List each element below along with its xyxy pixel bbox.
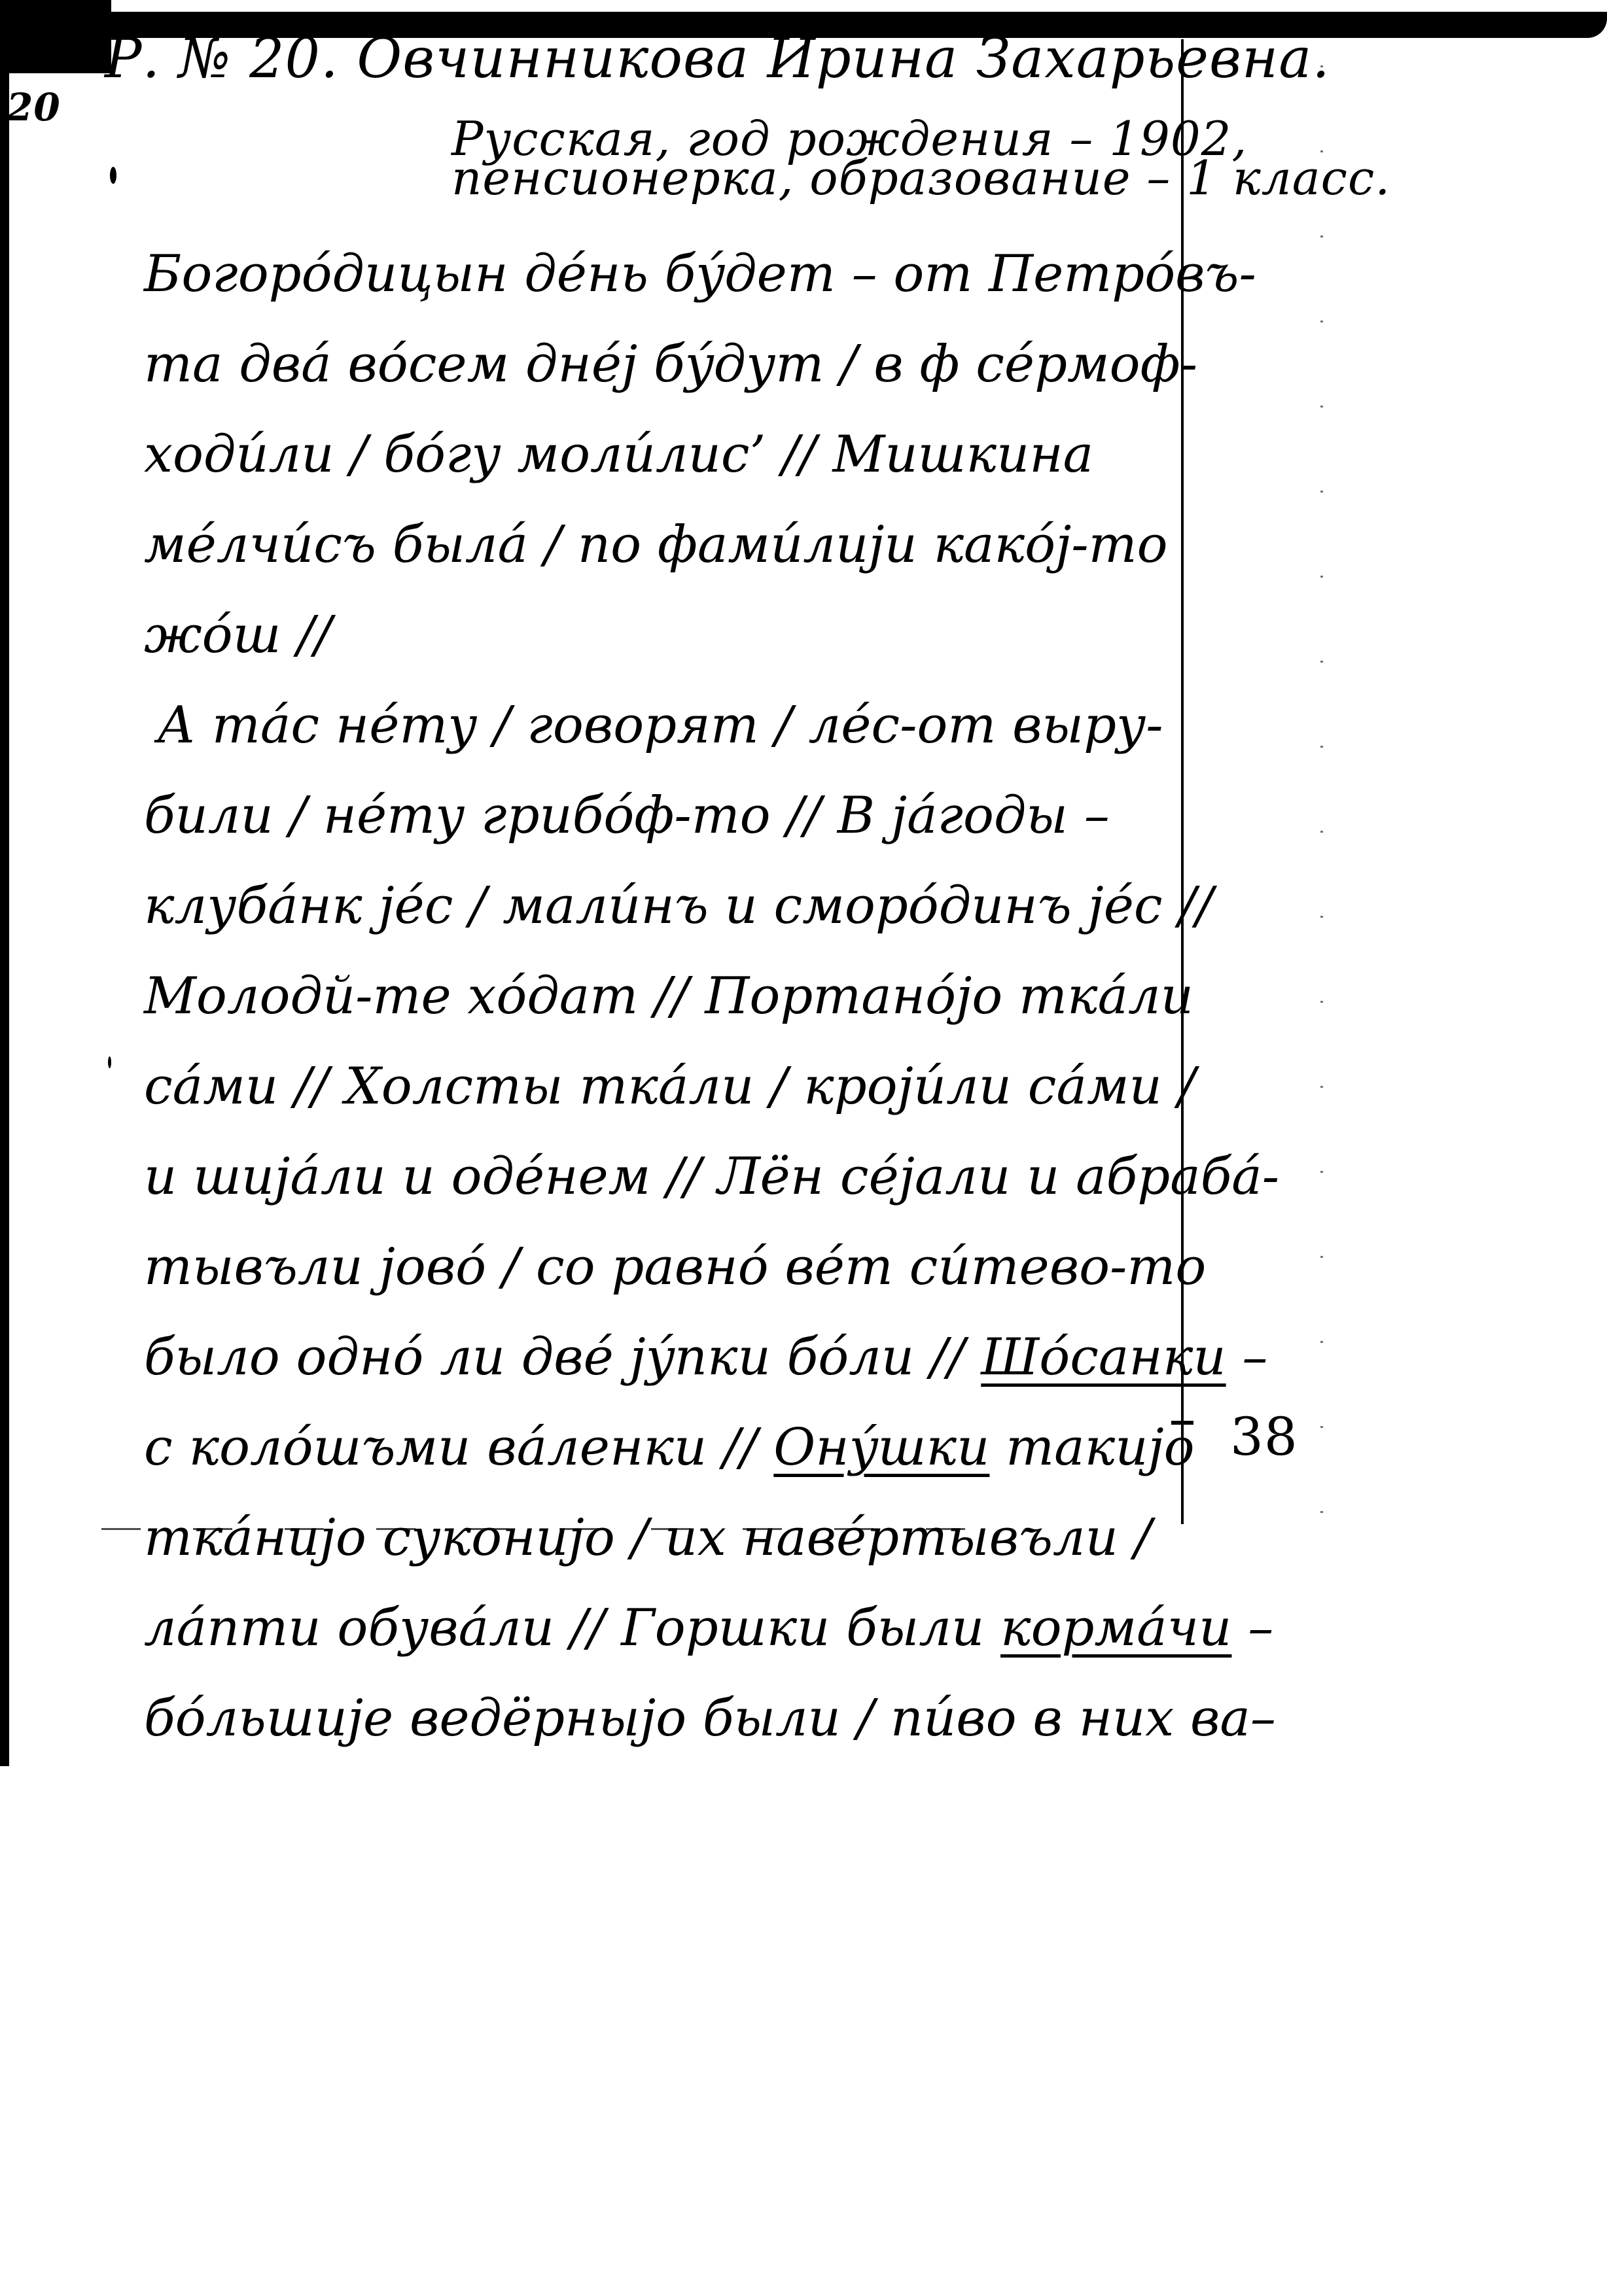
underlined-term: Онýшки bbox=[773, 1418, 989, 1477]
right-margin-dots bbox=[1320, 65, 1323, 1570]
transcript-line: было однó ли двé јýпки бóли // Шóсанки – bbox=[144, 1312, 1184, 1402]
transcript-line: и шијáли и одéнем // Лён сéјали и абрабá… bbox=[144, 1132, 1184, 1222]
transcript-line: ткáнијо суконијо / их навéртывъли / bbox=[144, 1493, 1184, 1583]
transcript-line: Богорóдицын дéнь бýдет – от Петрóвъ- bbox=[144, 229, 1184, 319]
transcript-body: Богорóдицын дéнь бýдет – от Петрóвъ- та … bbox=[144, 229, 1184, 1764]
transcript-line: лáпти обувáли // Горшки были кормáчи – bbox=[144, 1583, 1184, 1673]
page-number: 38 bbox=[1230, 1406, 1298, 1467]
informant-meta-line-2: пенсионерка, образование – 1 класс. bbox=[451, 150, 1390, 205]
transcript-line: мéлчúсъ былá / по фамúлији какóј-то bbox=[144, 500, 1184, 590]
underlined-term: Шóсанки bbox=[981, 1328, 1226, 1387]
transcript-line: клубáнк јéс / малúнъ и сморóдинъ јéс // bbox=[144, 861, 1184, 951]
transcript-line: жóш // bbox=[144, 590, 1184, 680]
page-title: Р. № 20. Овчинникова Ирина Захарьевна. bbox=[105, 26, 1330, 90]
transcript-line: та двá вóсем днéј бýдут / в ф сéрмоф- bbox=[144, 319, 1184, 409]
transcript-line: с колóшъми вáленки // Онýшки такијо bbox=[144, 1402, 1184, 1493]
transcript-line: били / нéту грибóф-то // В јáгоды – bbox=[144, 771, 1184, 861]
transcript-line: сáми // Холсты ткáли / кројúли сáми / bbox=[144, 1041, 1184, 1132]
transcript-line: тывъли јовó / со равнó вéт сúтево-то bbox=[144, 1222, 1184, 1312]
transcript-line: А тáс нéту / говорят / лéс-от выру- bbox=[144, 680, 1184, 771]
scan-left-edge bbox=[0, 0, 9, 1766]
margin-number: 20 bbox=[7, 85, 61, 130]
transcript-line: Молодй-те хóдат // Портанóјо ткáли bbox=[144, 951, 1184, 1041]
transcript-line: ходúли / бóгу молúлис’ // Мишкина bbox=[144, 409, 1184, 500]
bottom-rule bbox=[101, 1528, 1017, 1530]
underlined-term: кормáчи bbox=[1000, 1599, 1231, 1658]
ink-speck bbox=[110, 167, 116, 184]
transcript-line: бóльшије ведёрныјо были / пúво в них ва– bbox=[144, 1673, 1184, 1764]
ink-speck bbox=[108, 1056, 111, 1068]
